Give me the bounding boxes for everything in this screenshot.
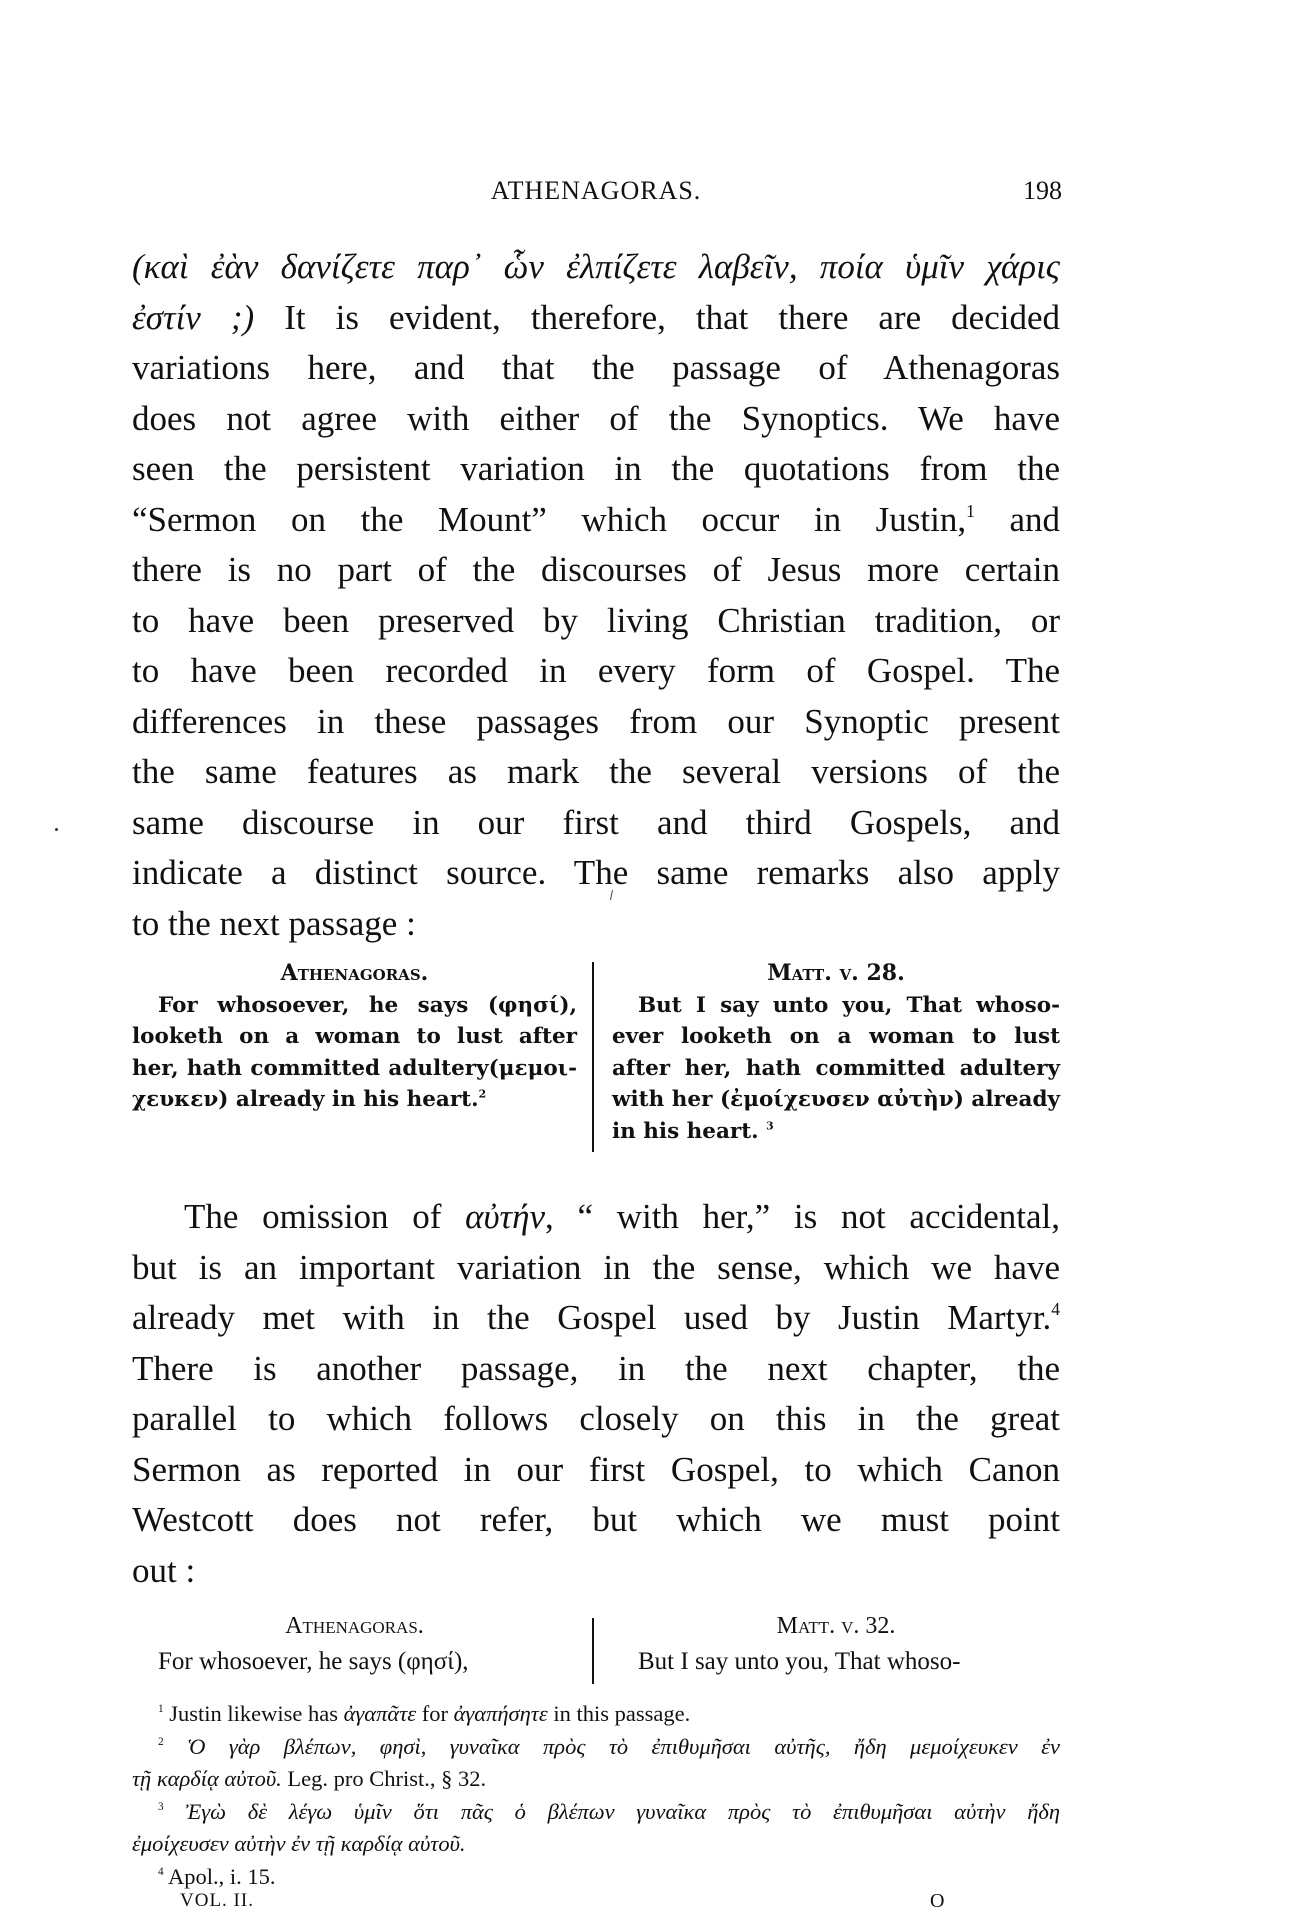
text-line: seen the persistent variation in the quo… — [132, 444, 1060, 495]
column-heading: Matt. v. 32. — [612, 1608, 1060, 1644]
quote-line: For whosoever, he says (φησί), — [132, 1644, 577, 1680]
athenagoras-column: Athenagoras. For whosoever, he says (φησ… — [132, 1608, 577, 1680]
text-line: but is an important variation in the sen… — [132, 1243, 1060, 1294]
quote-line: For whosoever, he says (φησί), — [132, 990, 577, 1022]
quote-line: χευκεν) already in his heart.2 — [132, 1084, 577, 1116]
footnotes: 1 Justin likewise has ἀγαπᾶτε for ἀγαπήσ… — [132, 1698, 1060, 1893]
footnote-ref[interactable]: 3 — [766, 1119, 773, 1132]
text-line: variations here, and that the passage of… — [132, 343, 1060, 394]
quote-line: looketh on a woman to lust after — [132, 1021, 577, 1053]
text-line: Westcott does not refer, but which we mu… — [132, 1495, 1060, 1546]
footnote-number: 3 — [158, 1801, 164, 1813]
text-line: to have been recorded in every form of G… — [132, 646, 1060, 697]
footnote-2: 2 Ὁ γὰρ βλέπων, φησὶ, γυναῖκα πρὸς τὸ ἐπ… — [132, 1731, 1060, 1764]
footnote-ref[interactable]: 1 — [966, 501, 975, 521]
text-line: Sermon as reported in our first Gospel, … — [132, 1445, 1060, 1496]
column-heading: Athenagoras. — [132, 958, 577, 990]
column-divider — [592, 1618, 594, 1684]
text-line: same discourse in our first and third Go… — [132, 798, 1060, 849]
signature-letter: O — [930, 1890, 944, 1913]
footnote-3-cont: ἐμοίχευσεν αὐτὴν ἐν τῇ καρδίᾳ αὐτοῦ. — [132, 1828, 1060, 1861]
footnote-number: 1 — [158, 1703, 164, 1715]
book-page: ATHENAGORAS. 198 (καὶ ἐὰν δανίζετε παρ᾽ … — [0, 0, 1292, 1925]
text-line: “Sermon on the Mount” which occur in Jus… — [132, 495, 1060, 546]
quote-line: after her, hath committed adultery — [612, 1053, 1060, 1085]
quote-line: ever looketh on a woman to lust — [612, 1021, 1060, 1053]
matthew-column: Matt. v. 28. But I say unto you, That wh… — [612, 958, 1060, 1147]
footnote-ref[interactable]: 2 — [479, 1087, 486, 1100]
text-line: to the next passage : — [132, 899, 1060, 950]
footnote-2-cont: τῇ καρδίᾳ αὐτοῦ. Leg. pro Christ., § 32. — [132, 1763, 1060, 1796]
quote-line: with her (ἐμοίχευσεν αὐτὴν) already — [612, 1084, 1060, 1116]
quote-line: in his heart. 3 — [612, 1116, 1060, 1148]
text-line: parallel to which follows closely on thi… — [132, 1394, 1060, 1445]
page-number: 198 — [1023, 176, 1062, 206]
text-line: the same features as mark the several ve… — [132, 747, 1060, 798]
text-line: does not agree with either of the Synopt… — [132, 394, 1060, 445]
column-divider — [592, 962, 594, 1152]
text-line: out : — [132, 1546, 1060, 1597]
text-line: The omission of αὐτήν, “ with her,” is n… — [132, 1192, 1060, 1243]
footnote-number: 4 — [158, 1866, 164, 1878]
text-line: there is no part of the discourses of Je… — [132, 545, 1060, 596]
scan-speck — [55, 828, 58, 831]
body-paragraph-2: The omission of αὐτήν, “ with her,” is n… — [132, 1192, 1060, 1596]
quote-line: But I say unto you, That whoso- — [612, 1644, 1060, 1680]
footnote-ref[interactable]: 4 — [1051, 1299, 1060, 1319]
text-line: There is another passage, in the next ch… — [132, 1344, 1060, 1395]
body-paragraph-1: (καὶ ἐὰν δανίζετε παρ᾽ ὧν ἐλπίζετε λαβεῖ… — [132, 242, 1060, 949]
parallel-quotation-1: Athenagoras. For whosoever, he says (φησ… — [132, 958, 1060, 1158]
footnote-1: 1 Justin likewise has ἀγαπᾶτε for ἀγαπήσ… — [132, 1698, 1060, 1731]
volume-signature: VOL. II. — [180, 1890, 254, 1912]
text-line: to have been preserved by living Christi… — [132, 596, 1060, 647]
text-line: (καὶ ἐὰν δανίζετε παρ᾽ ὧν ἐλπίζετε λαβεῖ… — [132, 242, 1060, 293]
footnote-number: 2 — [158, 1736, 164, 1748]
quote-line: But I say unto you, That whoso- — [612, 990, 1060, 1022]
text-line: indicate a distinct source. The same rem… — [132, 848, 1060, 899]
text-line: ἐστίν ;) It is evident, therefore, that … — [132, 293, 1060, 344]
athenagoras-column: Athenagoras. For whosoever, he says (φησ… — [132, 958, 577, 1116]
matthew-column: Matt. v. 32. But I say unto you, That wh… — [612, 1608, 1060, 1680]
quote-line: her, hath committed adultery(μεμοι- — [132, 1053, 577, 1085]
running-title: ATHENAGORAS. — [130, 176, 1062, 206]
text-line: already met with in the Gospel used by J… — [132, 1293, 1060, 1344]
running-head: ATHENAGORAS. 198 — [130, 170, 1062, 210]
parallel-quotation-2: Athenagoras. For whosoever, he says (φησ… — [132, 1608, 1060, 1688]
column-heading: Matt. v. 28. — [612, 958, 1060, 990]
footnote-3: 3 Ἐγὼ δὲ λέγω ὑμῖν ὅτι πᾶς ὁ βλέπων γυνα… — [132, 1796, 1060, 1829]
text-line: differences in these passages from our S… — [132, 697, 1060, 748]
footnote-4: 4 Apol., i. 15. — [132, 1861, 1060, 1894]
column-heading: Athenagoras. — [132, 1608, 577, 1644]
